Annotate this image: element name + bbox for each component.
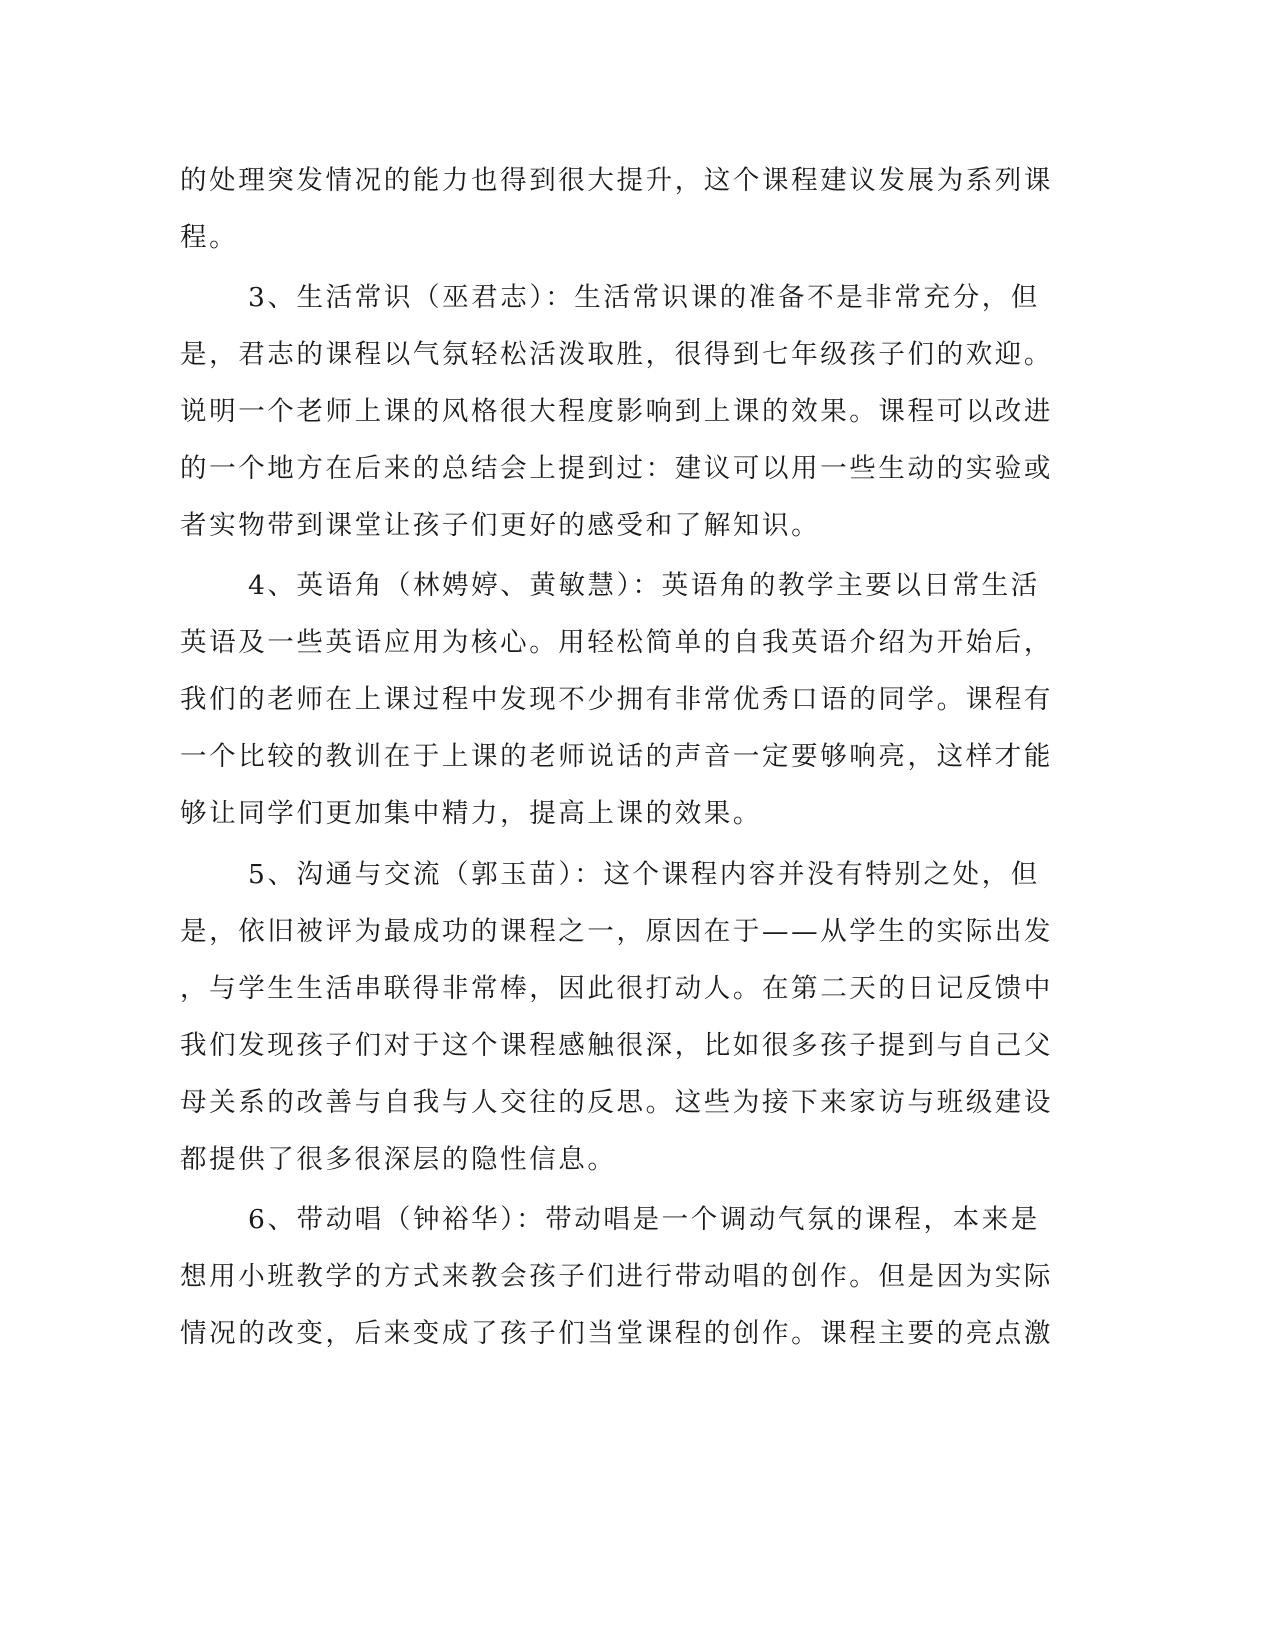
text-line: 5、沟通与交流（郭玉苗）：这个课程内容并没有特别之处，但 [248, 855, 1012, 895]
text-line: 程。 [180, 218, 1012, 258]
text-line: 是，君志的课程以气氛轻松活泼取胜，很得到七年级孩子们的欢迎。 [180, 335, 1012, 375]
text-line: 想用小班教学的方式来教会孩子们进行带动唱的创作。但是因为实际 [180, 1257, 1012, 1297]
text-line: ，与学生生活串联得非常棒，因此很打动人。在第二天的日记反馈中 [180, 969, 1012, 1009]
text-line: 的一个地方在后来的总结会上提到过：建议可以用一些生动的实验或 [180, 449, 1012, 489]
text-line: 说明一个老师上课的风格很大程度影响到上课的效果。课程可以改进 [180, 392, 1012, 432]
text-line: 情况的改变，后来变成了孩子们当堂课程的创作。课程主要的亮点激 [180, 1314, 1012, 1354]
text-line: 的处理突发情况的能力也得到很大提升，这个课程建议发展为系列课 [180, 161, 1012, 201]
text-line: 英语及一些英语应用为核心。用轻松简单的自我英语介绍为开始后， [180, 623, 1012, 663]
text-line: 一个比较的教训在于上课的老师说话的声音一定要够响亮，这样才能 [180, 737, 1012, 777]
document-page: 的处理突发情况的能力也得到很大提升，这个课程建议发展为系列课 程。 3、生活常识… [0, 0, 1275, 1650]
text-line: 6、带动唱（钟裕华）：带动唱是一个调动气氛的课程，本来是 [248, 1200, 1012, 1240]
text-line: 我们的老师在上课过程中发现不少拥有非常优秀口语的同学。课程有 [180, 680, 1012, 720]
text-line: 3、生活常识（巫君志）：生活常识课的准备不是非常充分，但 [248, 278, 1012, 318]
text-line: 母关系的改善与自我与人交往的反思。这些为接下来家访与班级建设 [180, 1083, 1012, 1123]
text-line: 者实物带到课堂让孩子们更好的感受和了解知识。 [180, 506, 1012, 546]
text-line: 够让同学们更加集中精力，提高上课的效果。 [180, 794, 1012, 834]
text-line: 我们发现孩子们对于这个课程感触很深，比如很多孩子提到与自己父 [180, 1026, 1012, 1066]
text-line: 是，依旧被评为最成功的课程之一，原因在于——从学生的实际出发 [180, 912, 1012, 952]
text-line: 都提供了很多很深层的隐性信息。 [180, 1140, 1012, 1180]
text-line: 4、英语角（林娉婷、黄敏慧）：英语角的教学主要以日常生活 [248, 566, 1012, 606]
